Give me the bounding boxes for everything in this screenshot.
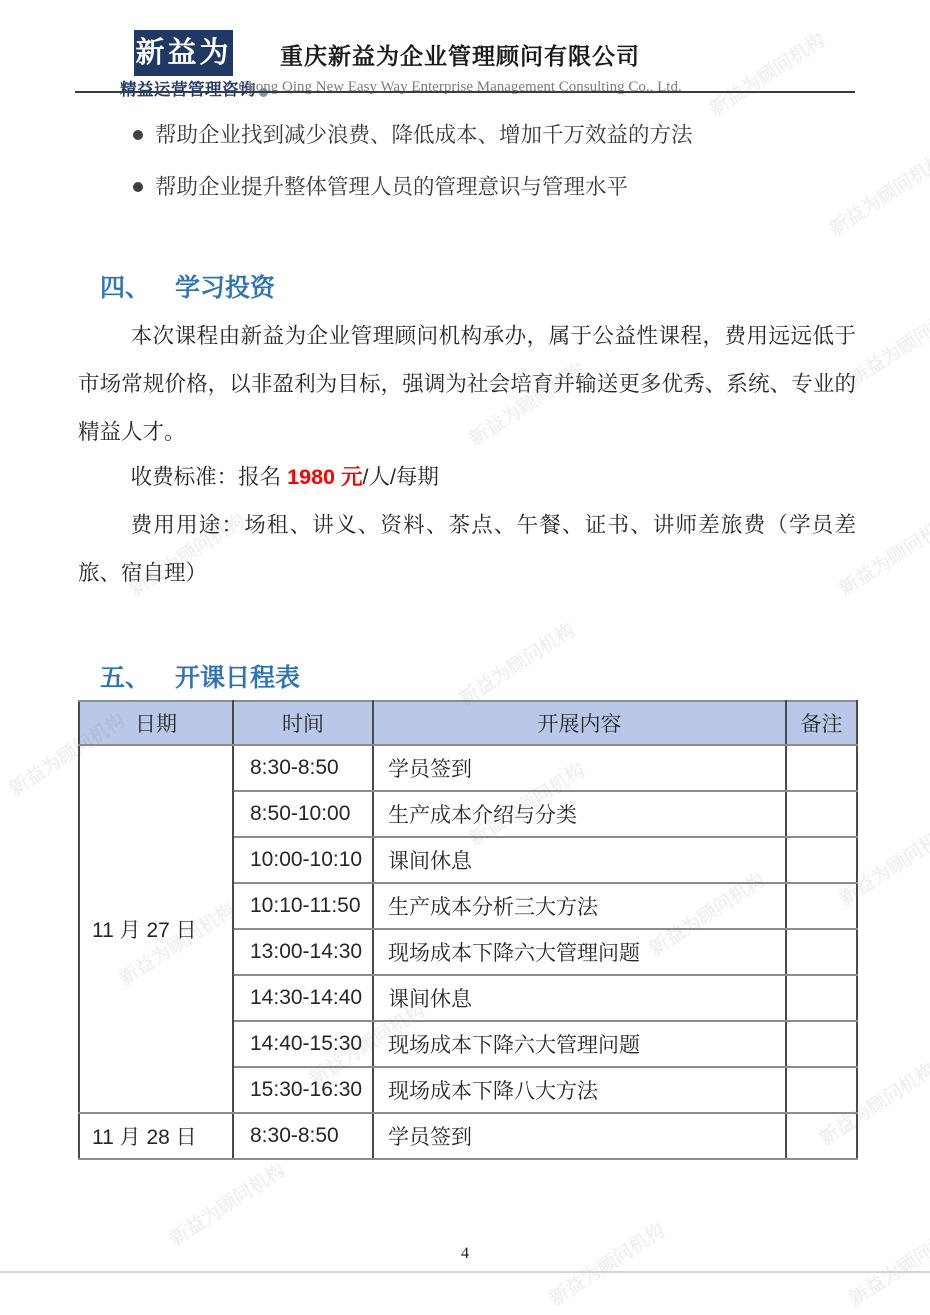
fee-price: 1980 元	[287, 465, 362, 489]
column-header-date: 日期	[79, 701, 233, 745]
time-cell: 14:30-14:40	[233, 975, 373, 1021]
list-item: 帮助企业找到减少浪费、降低成本、增加千万效益的方法	[78, 120, 858, 150]
content-cell: 生产成本介绍与分类	[373, 791, 786, 837]
content-cell: 学员签到	[373, 745, 786, 791]
bullet-icon	[133, 182, 143, 192]
time-cell: 8:50-10:00	[233, 791, 373, 837]
table-row: 11 月 27 日8:30-8:50学员签到	[79, 745, 857, 791]
schedule-table-wrap: 日期 时间 开展内容 备注 11 月 27 日8:30-8:50学员签到8:50…	[78, 700, 856, 1160]
content-cell: 课间休息	[373, 975, 786, 1021]
content-cell: 学员签到	[373, 1113, 786, 1159]
bullet-text: 帮助企业提升整体管理人员的管理意识与管理水平	[155, 175, 628, 199]
time-cell: 15:30-16:30	[233, 1067, 373, 1113]
watermark-text: 新益为顾问机构	[843, 296, 930, 391]
watermark-text: 新益为顾问机构	[543, 1216, 669, 1311]
table-row: 11 月 28 日8:30-8:50学员签到	[79, 1113, 857, 1159]
section-title: 开课日程表	[175, 664, 300, 692]
time-cell: 10:10-11:50	[233, 883, 373, 929]
time-cell: 14:40-15:30	[233, 1021, 373, 1067]
time-cell: 8:30-8:50	[233, 745, 373, 791]
column-header-content: 开展内容	[373, 701, 786, 745]
schedule-table: 日期 时间 开展内容 备注 11 月 27 日8:30-8:50学员签到8:50…	[78, 700, 858, 1160]
section-title: 学习投资	[175, 274, 275, 302]
content-cell: 现场成本下降六大管理问题	[373, 1021, 786, 1067]
section-number: 四、	[100, 268, 175, 304]
fee-prefix: 收费标准：报名	[131, 465, 287, 489]
note-cell	[786, 1021, 857, 1067]
date-cell: 11 月 28 日	[79, 1113, 233, 1159]
time-cell: 13:00-14:30	[233, 929, 373, 975]
header-divider	[75, 91, 855, 93]
date-cell: 11 月 27 日	[79, 745, 233, 1113]
content-cell: 现场成本下降六大管理问题	[373, 929, 786, 975]
time-cell: 8:30-8:50	[233, 1113, 373, 1159]
note-cell	[786, 791, 857, 837]
time-cell: 10:00-10:10	[233, 837, 373, 883]
watermark-text: 新益为顾问机构	[453, 616, 579, 711]
content-cell: 现场成本下降八大方法	[373, 1067, 786, 1113]
section-number: 五、	[100, 658, 175, 694]
fee-suffix: /人/每期	[362, 465, 438, 489]
bullet-text: 帮助企业找到减少浪费、降低成本、增加千万效益的方法	[155, 123, 693, 147]
list-item: 帮助企业提升整体管理人员的管理意识与管理水平	[78, 172, 858, 202]
schedule-table-body: 11 月 27 日8:30-8:50学员签到8:50-10:00生产成本介绍与分…	[79, 745, 857, 1159]
benefit-bullet-list: 帮助企业找到减少浪费、降低成本、增加千万效益的方法 帮助企业提升整体管理人员的管…	[78, 120, 858, 224]
bullet-icon	[133, 130, 143, 140]
note-cell	[786, 975, 857, 1021]
note-cell	[786, 883, 857, 929]
page-number: 4	[0, 1245, 930, 1263]
note-cell	[786, 1067, 857, 1113]
note-cell	[786, 929, 857, 975]
column-header-time: 时间	[233, 701, 373, 745]
company-name-cn: 重庆新益为企业管理顾问有限公司	[180, 38, 740, 71]
content-cell: 课间休息	[373, 837, 786, 883]
section-heading-schedule: 五、开课日程表	[100, 658, 300, 694]
document-page: 新益为 精益运营管理咨询 重庆新益为企业管理顾问有限公司 Chong Qing …	[0, 0, 930, 1315]
table-header-row: 日期 时间 开展内容 备注	[79, 701, 857, 745]
column-header-note: 备注	[786, 701, 857, 745]
fee-usage-paragraph: 费用用途：场租、讲义、资料、茶点、午餐、证书、讲师差旅费（学员差旅、宿自理）	[78, 501, 856, 597]
investment-paragraph: 本次课程由新益为企业管理顾问机构承办，属于公益性课程，费用远远低于市场常规价格，…	[78, 312, 856, 456]
company-name-en: Chong Qing New Easy Way Enterprise Manag…	[180, 79, 740, 96]
note-cell	[786, 837, 857, 883]
note-cell	[786, 1113, 857, 1159]
watermark-text: 新益为顾问机构	[843, 1216, 930, 1311]
footer-divider	[0, 1271, 930, 1273]
watermark-text: 新益为顾问机构	[163, 1156, 289, 1251]
section-heading-investment: 四、学习投资	[100, 268, 275, 304]
note-cell	[786, 745, 857, 791]
fee-standard-line: 收费标准：报名 1980 元/人/每期	[78, 453, 856, 501]
content-cell: 生产成本分析三大方法	[373, 883, 786, 929]
company-name-block: 重庆新益为企业管理顾问有限公司 Chong Qing New Easy Way …	[180, 38, 740, 96]
